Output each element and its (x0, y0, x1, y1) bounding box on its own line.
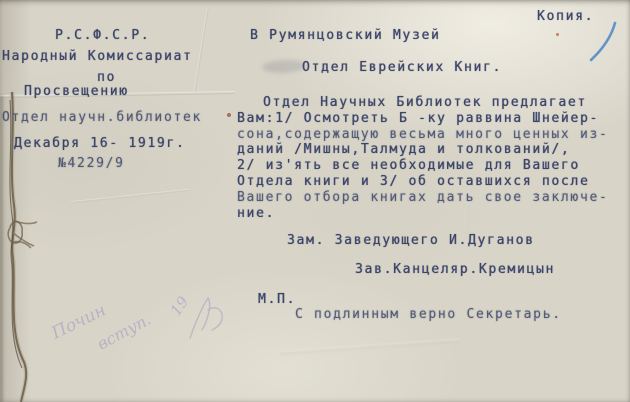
body-line: ние. (237, 206, 609, 222)
recipient-department: Отдел Еврейских Книг. (302, 60, 502, 75)
paper-crease (280, 339, 460, 355)
signature-deputy-head: Зам. Заведующего И.Дуганов (287, 233, 535, 248)
body-line: Отдел Научных Библиотек предлагает (237, 95, 609, 111)
body-line: 2/ из'ять все необходимые для Вашего (237, 158, 609, 174)
letterhead-republic: Р.С.Ф.С.Р. (55, 28, 150, 43)
letterhead-prosveshcheniyu: Просвещению (24, 84, 129, 99)
certification-line: С подлинным верно Секретарь. (295, 307, 562, 322)
body-line: сона,содержащую весьма много ценных из- (237, 127, 609, 143)
paper-crease (193, 8, 208, 92)
scanned-letter: Р.С.Ф.С.Р. Народный Комиссариат по Просв… (0, 0, 630, 402)
signature-office-head: Зав.Канцеляр.Кремицын (355, 262, 555, 277)
body-line: Вам:1/ Осмотреть Б -ку раввина Шнейер- (237, 111, 609, 127)
letterhead-department: Отдел научн.библиотек (2, 110, 202, 125)
seal-placeholder: М.П. (258, 292, 296, 307)
letterhead-date: Декабря 16- 1919г. (14, 136, 185, 151)
body-line: даний /Мишны,Талмуда и толкований/, (237, 142, 609, 158)
body-line: Отдела книги и 3/ об оставшихся после (237, 174, 609, 190)
letterhead-po: по (97, 70, 116, 85)
paper-crease (70, 189, 190, 204)
letter-body: Отдел Научных Библиотек предлагает Вам:1… (237, 95, 609, 221)
body-line: Вашего отбора книгах дать свое заключе- (237, 190, 609, 206)
pencil-flourish (178, 290, 228, 345)
binding-thread (0, 80, 60, 402)
paper-speck (227, 113, 231, 117)
ink-smudge (262, 59, 307, 74)
recipient-addressee: В Румянцовский Музей (250, 28, 441, 43)
paper-speck (556, 33, 559, 36)
letterhead-doc-number: №4229/9 (58, 156, 125, 171)
pen-mark (570, 18, 625, 68)
letterhead-commissariat: Народный Комиссариат (2, 49, 193, 64)
